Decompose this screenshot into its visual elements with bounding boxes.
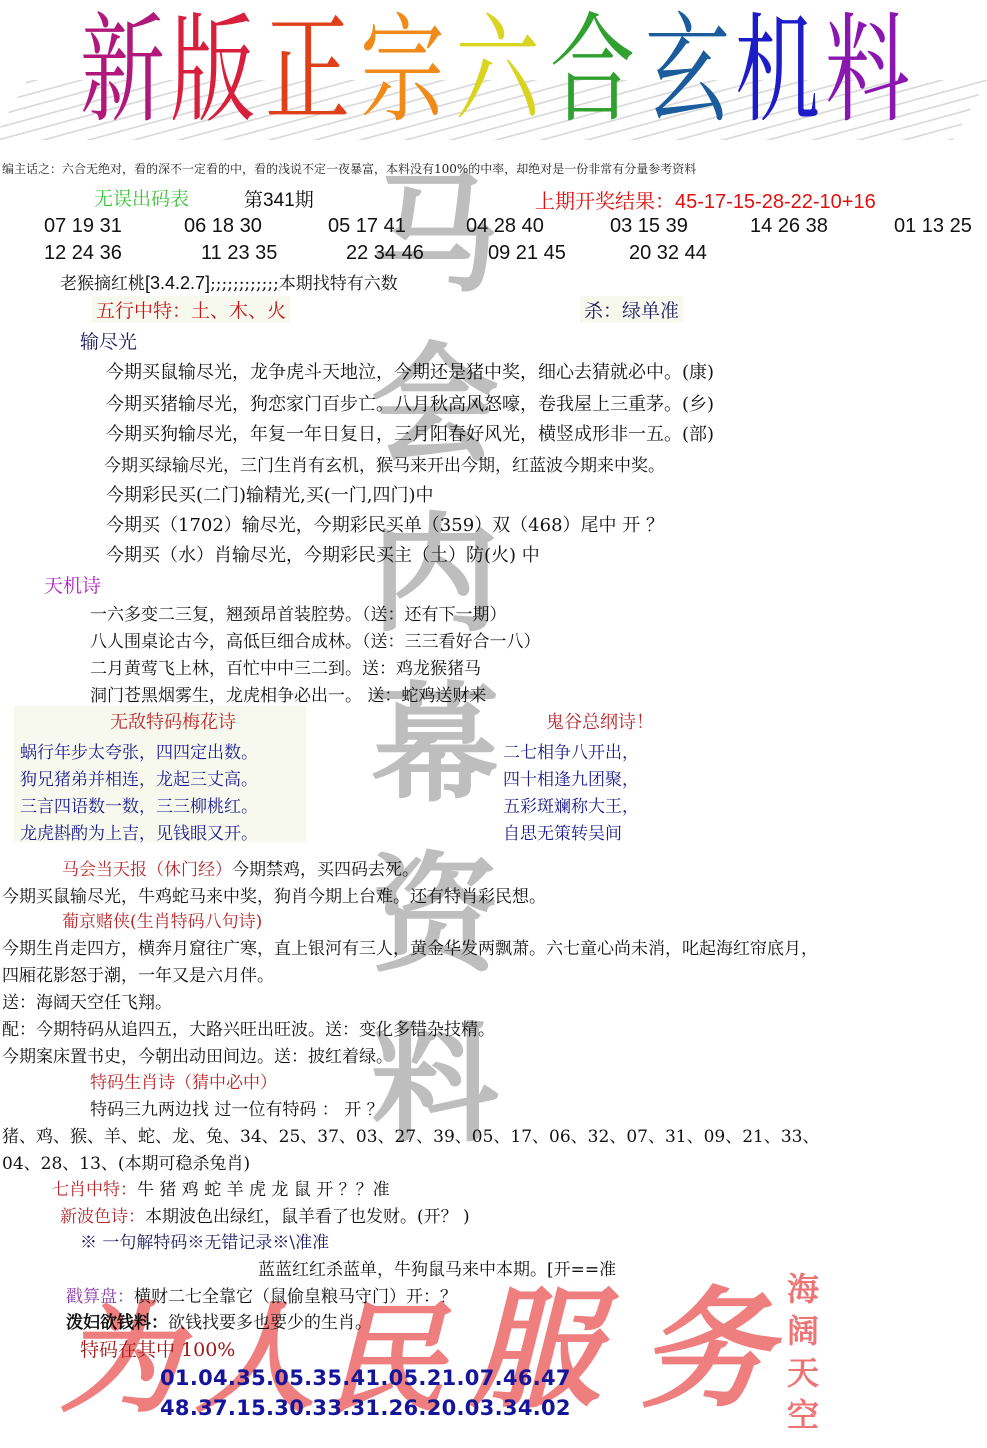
macau-poem-line: 四厢花影怒于潮，一年又是六月伴。 — [2, 961, 274, 986]
calc-text: 横财二七全靠它（鼠偷皇粮马守门）开：？ — [134, 1287, 457, 1307]
special-numbers-row: 01.04.35.05.35.41.05.21.07.46.47 — [160, 1366, 571, 1390]
money-line: 泼妇欲钱料：欲钱找要多也要少的生肖。 — [66, 1308, 372, 1333]
tianji-line: 洞门苍黑烟雾生，龙虎相争必出一。 送：蛇鸡送财来 — [90, 681, 486, 706]
special-numbers-row: 48.37.15.30.33.31.26.20.03.34.02 — [160, 1396, 571, 1420]
special-title: 特码在其中 100% — [80, 1335, 235, 1362]
one-sentence-title: ※ 一句解特码※无错记录※\准准 — [80, 1228, 329, 1253]
last-result-value: 45-17-15-28-22-10+16 — [675, 191, 876, 213]
lose-all-line: 今期买（1702）输尽光，今期彩民买单（359）双（468）尾中 开 ？ — [106, 511, 664, 537]
monkey-semicolons: ;;;;;;;;;;;; — [210, 274, 279, 294]
monkey-line: 老猴摘红桃[3.4.2.7];;;;;;;;;;;;本期找特有六数 — [60, 269, 398, 294]
tianji-line: 一六多变二三复，翘颈昂首装腔势。（送：还有下一期） — [90, 600, 507, 625]
monkey-suffix: 本期找特有六数 — [279, 274, 398, 294]
macau-poem-line: 今期生肖走四方，横奔月窟往广寒，直上银河有三人，黄金华发两飘萧。六七童心尚未消，… — [2, 934, 818, 959]
number-group: 09 21 45 — [488, 242, 566, 265]
money-text: 欲钱找要多也要少的生肖。 — [168, 1313, 372, 1333]
wave-poem: 新波色诗：本期波色出绿红，鼠羊看了也发财。(开？ ) — [60, 1202, 470, 1227]
one-sentence-text: 蓝蓝红红杀蓝单，牛狗鼠马来中本期。[开==准 — [258, 1255, 616, 1280]
lose-all-line: 今期买绿输尽光，三门生肖有玄机，猴马来开出今期，红蓝波今期来中奖。 — [104, 451, 665, 476]
kill-label: 杀：绿单准 — [580, 296, 683, 323]
section-title-lose-all: 输尽光 — [80, 327, 137, 354]
plum-poem-line: 蜗行年步太夸张，四四定出数。 — [20, 738, 258, 763]
money-label: 泼妇欲钱料： — [66, 1313, 168, 1333]
macau-poem-line: 送：海阔天空任飞翔。 — [2, 988, 172, 1013]
lose-all-line: 今期买（水）肖输尽光，今期彩民买主（土）防(火) 中 — [106, 541, 540, 567]
plum-poem-line: 龙虎斟酌为上吉，见钱眼又开。 — [20, 819, 258, 844]
lose-all-line: 今期彩民买(二门)输精光,买(一门,四门)中 — [106, 481, 434, 507]
zodiac-poem-subtitle: 特码三九两边找 过一位有特码 ： 开 ？ — [90, 1095, 384, 1120]
zodiac-poem-line: 猪、鸡、猴、羊、蛇、龙、兔、34、25、37、03、27、39、05、17、06… — [2, 1122, 819, 1147]
calc-label: 戳算盘： — [66, 1287, 134, 1307]
last-result: 上期开奖结果：45-17-15-28-22-10+16 — [535, 185, 876, 214]
wave-poem-label: 新波色诗： — [60, 1207, 145, 1227]
tianji-line: 二月黄莺飞上林，百忙中中三二到。送：鸡龙猴猪马 — [90, 654, 481, 679]
number-group: 07 19 31 — [44, 215, 122, 238]
guigu-poem-line: 二七相争八开出， — [503, 738, 639, 763]
monkey-code: [3.4.2.7] — [145, 273, 210, 293]
number-group: 05 17 41 — [328, 215, 406, 238]
issue-number: 第341期 — [244, 185, 314, 212]
editor-note: 编主话之：六合无绝对，看的深不一定看的中，看的浅说不定一夜暴富，本料没有100%… — [2, 160, 696, 177]
zodiac-poem-line: 04、28、13、(本期可稳杀兔肖) — [2, 1149, 250, 1174]
number-group: 12 24 36 — [44, 242, 122, 265]
horse-report-text: 今期禁鸡，买四码去死。 — [232, 860, 419, 880]
horse-report-title: 马会当天报（休门经） — [62, 860, 232, 880]
section-title-plum-poem: 无敌特码梅花诗 — [110, 708, 236, 734]
plum-poem-line: 三言四语数一数，三三柳桃红。 — [20, 792, 258, 817]
horse-report: 马会当天报（休门经）今期禁鸡，买四码去死。 — [62, 855, 419, 880]
guigu-poem-line: 四十相逢九团聚， — [503, 765, 639, 790]
tianji-line: 八人围桌论古今，高低巨细合成林。（送：三三看好合一八） — [90, 627, 541, 652]
guigu-poem-line: 自思无策转吴间 — [503, 819, 622, 844]
seven-zodiac-label: 七肖中特： — [52, 1180, 137, 1200]
wave-poem-text: 本期波色出绿红，鼠羊看了也发财。(开？ ) — [145, 1207, 470, 1227]
table-title: 无误出码表 — [94, 184, 189, 211]
number-group: 11 23 35 — [201, 242, 277, 265]
macau-poem-line: 今期案床置书史，今朝出动田间边。送：披红着绿。 — [2, 1042, 393, 1067]
number-group: 03 15 39 — [610, 215, 688, 238]
guigu-poem-line: 五彩斑斓称大王， — [503, 792, 639, 817]
monkey-prefix: 老猴摘红桃 — [60, 274, 145, 294]
macau-poem-line: 配：今期特码从追四五，大路兴旺出旺波。送：变化多错杂技精。 — [2, 1015, 495, 1040]
calc-line: 戳算盘：横财二七全靠它（鼠偷皇粮马守门）开：？ — [66, 1282, 457, 1307]
lose-all-line: 今期买狗输尽光，年复一年日复日，三月阳春好风光，横竖成形非一五。(部) — [106, 420, 714, 446]
number-group: 04 28 40 — [466, 215, 544, 238]
horse-report-line: 今期买鼠输尽光，牛鸡蛇马来中奖，狗肖今期上台难。还有特肖彩民想。 — [2, 882, 546, 907]
section-title-tianji: 天机诗 — [44, 571, 101, 598]
page-content: 编主话之：六合无绝对，看的深不一定看的中，看的浅说不定一夜暴富，本料没有100%… — [0, 0, 987, 1448]
number-group: 20 32 44 — [629, 242, 707, 265]
last-result-label: 上期开奖结果： — [535, 191, 675, 213]
section-title-zodiac-poem: 特码生肖诗（猜中必中） — [90, 1068, 277, 1093]
lose-all-line: 今期买鼠输尽光，龙争虎斗天地泣，今期还是猪中奖，细心去猜就必中。(康) — [106, 358, 714, 384]
lose-all-line: 今期买猪输尽光，狗恋家门百步亡。八月秋高风怒嚎，卷我屋上三重茅。(乡) — [106, 390, 714, 416]
section-title-macau-poem: 葡京赌侠(生肖特码八句诗) — [62, 907, 262, 932]
seven-zodiac-text: 牛 猪 鸡 蛇 羊 虎 龙 鼠 开 ？？准 — [137, 1180, 390, 1200]
wuxing-label: 五行中特：土、木、火 — [92, 296, 290, 323]
seven-zodiac: 七肖中特：牛 猪 鸡 蛇 羊 虎 龙 鼠 开 ？？准 — [52, 1175, 390, 1200]
number-group: 14 26 38 — [750, 215, 828, 238]
number-group: 22 34 46 — [346, 242, 424, 265]
section-title-guigu-poem: 鬼谷总纲诗！ — [546, 708, 654, 734]
number-group: 01 13 25 — [894, 215, 972, 238]
number-group: 06 18 30 — [184, 215, 262, 238]
plum-poem-line: 狗兄猪弟并相连，龙起三丈高。 — [20, 765, 258, 790]
